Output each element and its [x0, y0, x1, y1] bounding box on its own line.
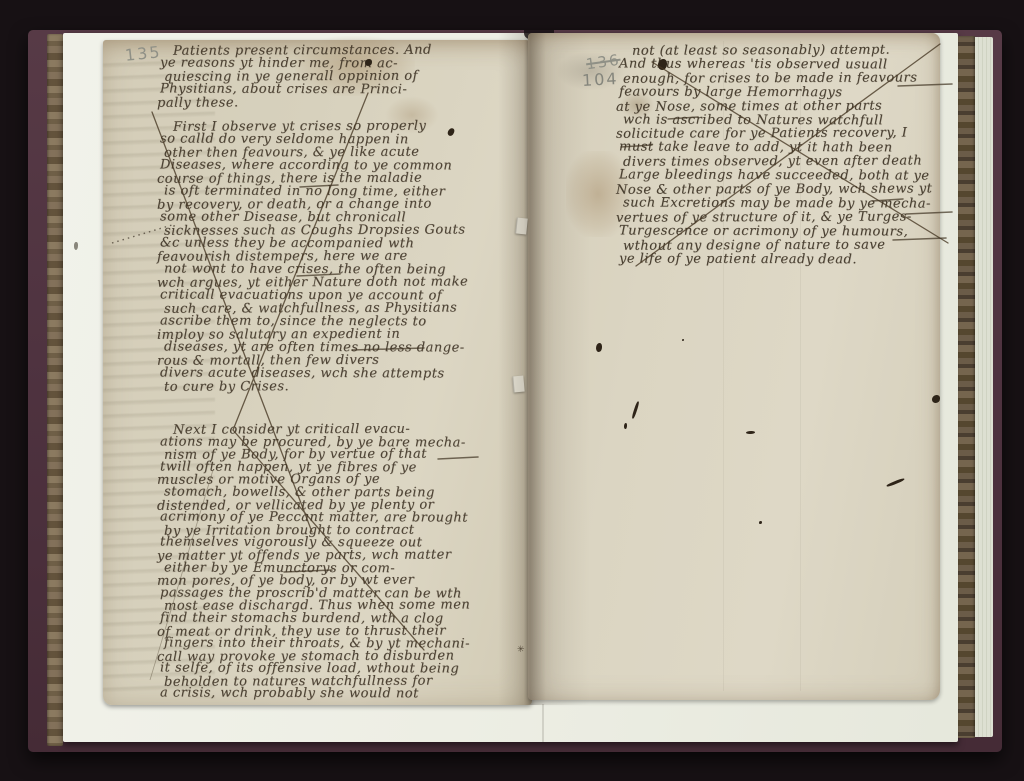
ink-spot [759, 521, 762, 524]
folio-number-pencil: 104 [582, 69, 619, 90]
asterisk-mark: ✳ [517, 645, 525, 655]
manuscript-text-line: ye life of ye patient already dead. [619, 252, 956, 267]
manuscript-text-line: Turgescence or acrimony of ye humours, [619, 224, 956, 239]
manuscript-page-left: 135 Patients present circumstances. Andy… [103, 40, 532, 705]
manuscript-page-right: 136 104 not (at least so seasonably) att… [528, 33, 940, 700]
ink-spot [886, 478, 905, 488]
album-crease [542, 704, 544, 742]
ink-spot [631, 401, 639, 419]
manuscript-paragraph: First I observe yt crises so properlyso … [157, 120, 502, 393]
manuscript-text-line: Physitians, about crises are Princi- [160, 82, 502, 96]
manuscript-text-line: to cure by Crises. [164, 379, 502, 393]
manuscript-text-line: feavours by large Hemorrhagys [619, 85, 956, 100]
manuscript-paragraph: not (at least so seasonably) attempt.And… [616, 44, 956, 267]
photograph-background: 135 Patients present circumstances. Andy… [0, 0, 1024, 781]
binding-tab [512, 376, 524, 393]
ink-spot [682, 339, 684, 341]
manuscript-paragraph: Patients present circumstances. Andye re… [157, 44, 502, 109]
page-edges-left [47, 34, 63, 746]
page-edges-right [958, 36, 975, 738]
binding-tab [515, 217, 528, 234]
manuscript-text-line: a crisis, wch probably she would not [160, 688, 502, 702]
ink-spot [746, 431, 755, 434]
manuscript-text-line: pally these. [157, 95, 502, 110]
ink-spot [932, 395, 940, 403]
ink-spot [624, 423, 627, 429]
ink-spot [596, 343, 602, 352]
manuscript-text-line: divers acute diseases, wch she attempts [160, 366, 502, 380]
page-stack-fore-edge [975, 37, 993, 737]
manuscript-paragraph: Next I consider yt criticall evacu-ation… [157, 424, 502, 701]
